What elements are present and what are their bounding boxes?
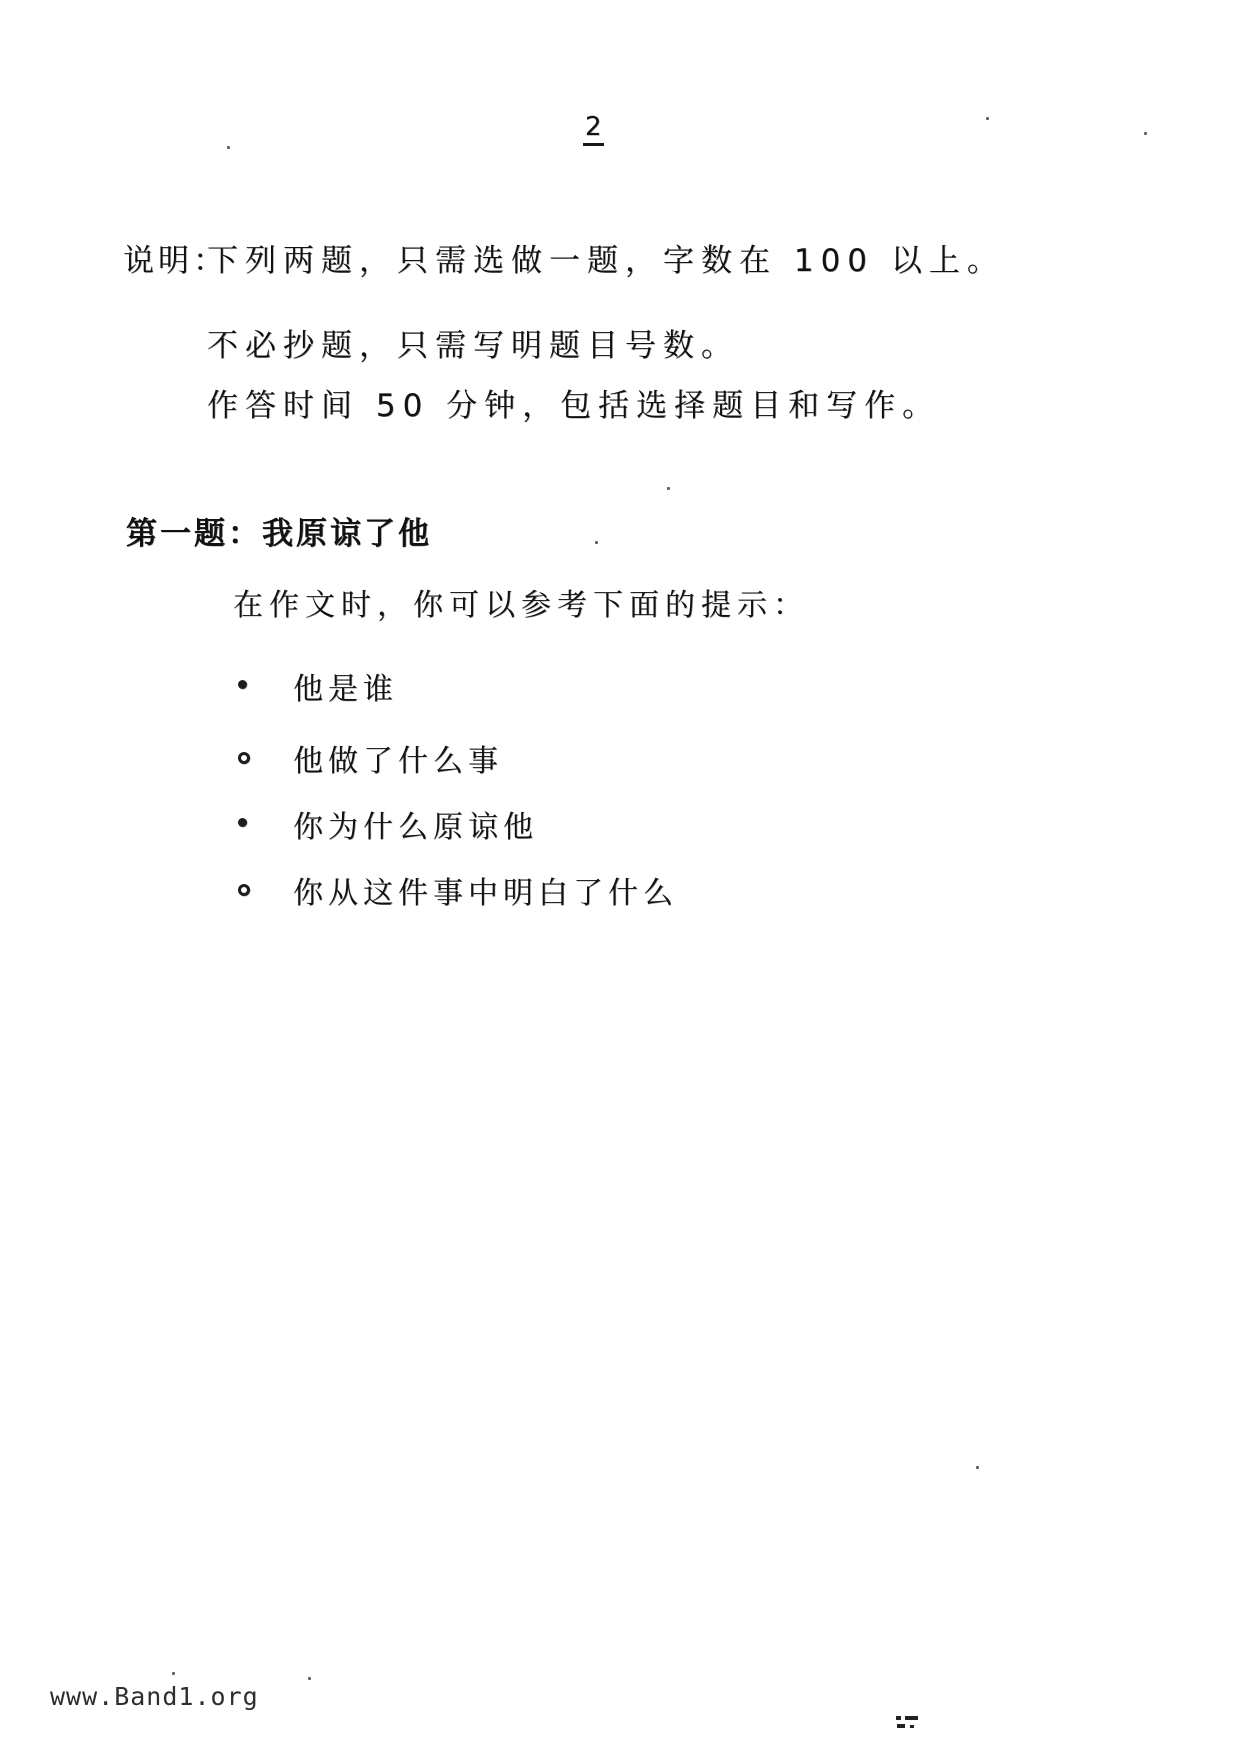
hint-item: 你为什么原谅他 (293, 802, 538, 846)
bullet-icon (238, 752, 250, 764)
scan-speck (976, 1466, 979, 1469)
scan-speck (227, 146, 230, 149)
instruction-line: 作答时间 50 分钟，包括选择题目和写作。 (207, 380, 940, 425)
bullet-icon (238, 884, 250, 896)
scan-speck (986, 117, 989, 120)
scanned-exam-page: 2 说明： 下列两题，只需选做一题，字数在 100 以上。 不必抄题，只需写明题… (0, 0, 1239, 1754)
page-number: 2 (583, 112, 604, 146)
scan-speck (667, 487, 670, 490)
hint-item: 他做了什么事 (293, 736, 503, 780)
hint-item: 他是谁 (293, 664, 398, 708)
scan-speck (595, 541, 598, 544)
instruction-line: 下列两题，只需选做一题，字数在 100 以上。 (207, 235, 1005, 280)
watermark: www.Band1.org (50, 1682, 259, 1711)
scan-speck (308, 1677, 311, 1680)
hint-intro: 在作文时，你可以参考下面的提示： (233, 580, 809, 624)
bullet-icon (238, 818, 247, 827)
hint-item: 你从这件事中明白了什么 (293, 868, 678, 912)
scan-speck (172, 1672, 175, 1675)
scan-speck (1144, 132, 1147, 135)
bullet-icon (238, 680, 247, 689)
scan-smudge (896, 1716, 922, 1730)
topic-heading: 第一题：我原谅了他 (126, 508, 432, 553)
instruction-line: 不必抄题，只需写明题目号数。 (207, 320, 739, 365)
